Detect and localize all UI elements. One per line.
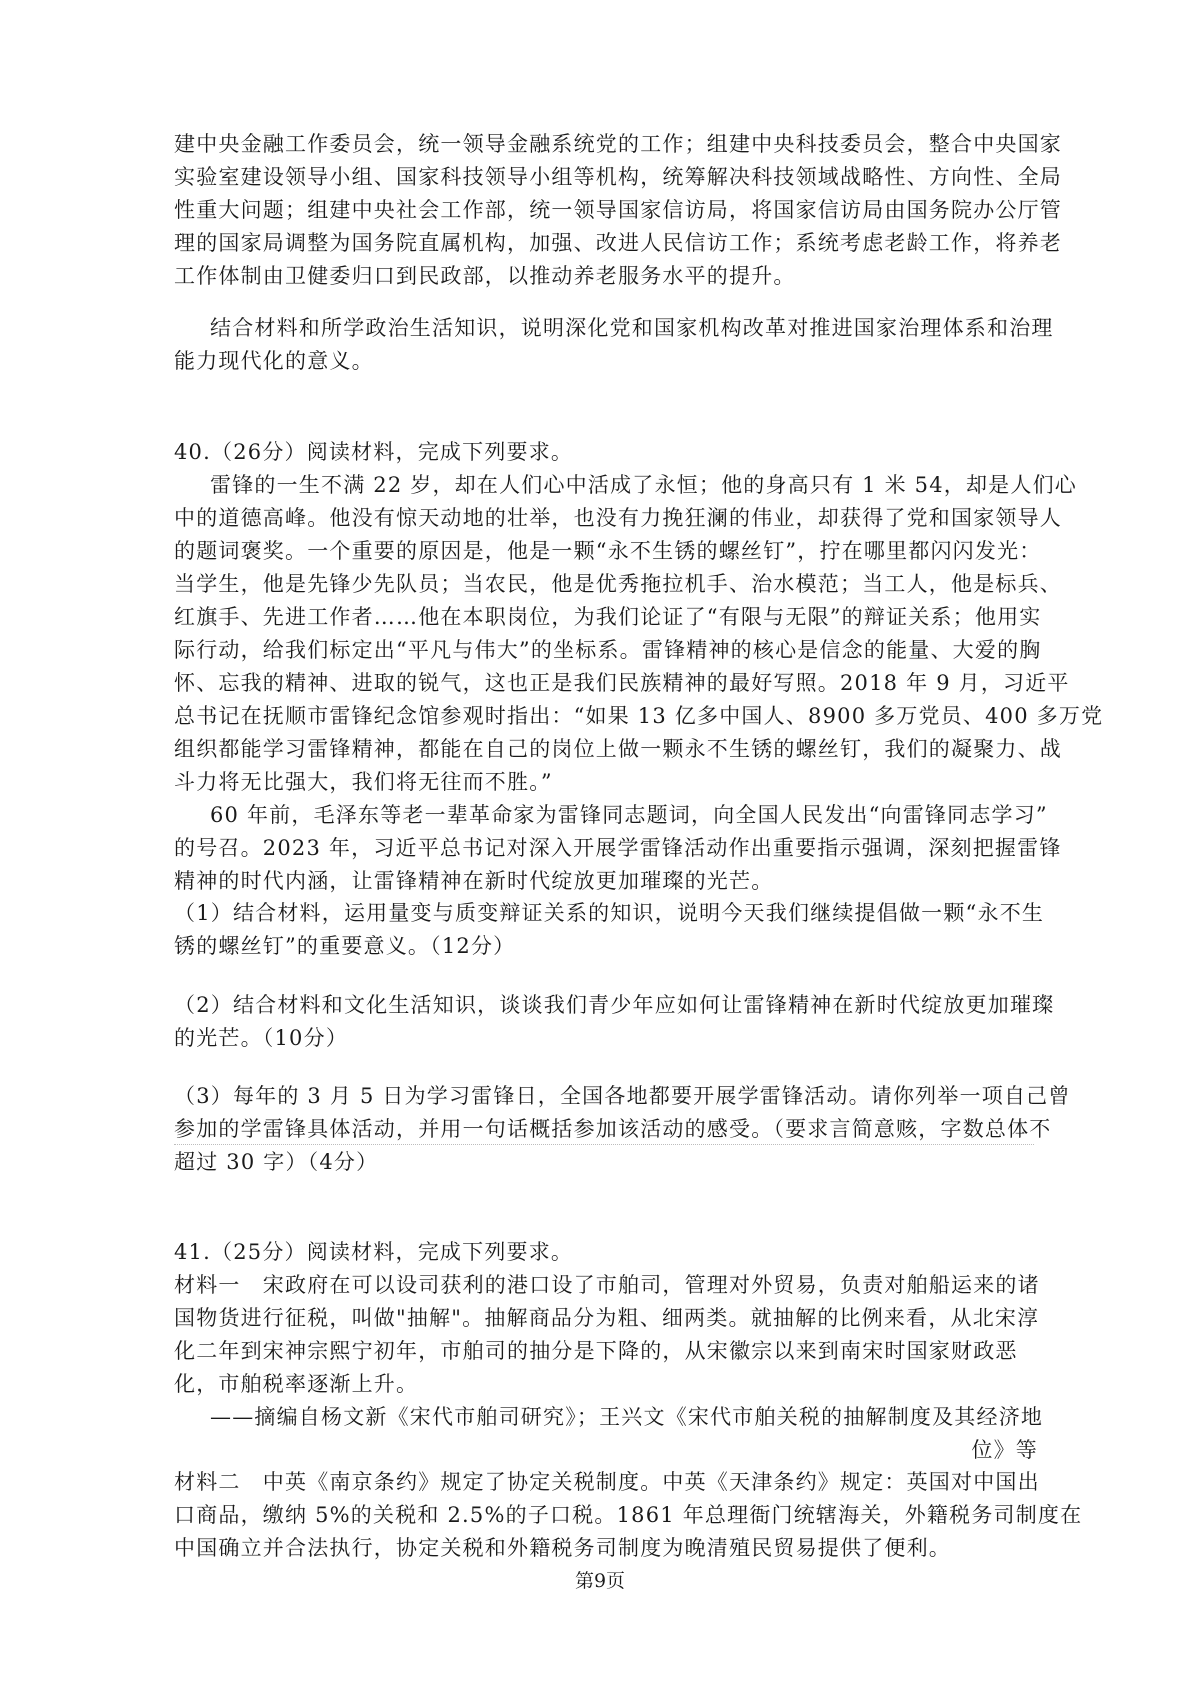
q40-subquestion-1: （1）结合材料，运用量变与质变辩证关系的知识，说明今天我们继续提倡做一颗“永不生 (174, 898, 1034, 928)
material-line: 工作体制由卫健委归口到民政部，以推动养老服务水平的提升。 (174, 261, 1034, 291)
material-line: 建中央金融工作委员会，统一领导金融系统党的工作；组建中央科技委员会，整合中央国家 (174, 129, 1034, 159)
q40-subquestion-2: 的光芒。（10分） (174, 1023, 1034, 1053)
question-prompt-line: 结合材料和所学政治生活知识，说明深化党和国家机构改革对推进国家治理体系和治理 (210, 313, 1070, 343)
q40-material-line: 斗力将无比强大，我们将无往而不胜。” (174, 767, 1034, 797)
q40-material-line: 当学生，他是先锋少先队员；当农民，他是优秀拖拉机手、治水模范；当工人，他是标兵、 (174, 569, 1034, 599)
q41-material-two-line: 口商品，缴纳 5%的关税和 2.5%的子口税。1861 年总理衙门统辖海关，外籍… (174, 1500, 1034, 1530)
q40-subquestion-3: （3）每年的 3 月 5 日为学习雷锋日，全国各地都要开展学雷锋活动。请你列举一… (174, 1081, 1034, 1111)
q40-material-line: 红旗手、先进工作者……他在本职岗位，为我们论证了“有限与无限”的辩证关系；他用实 (174, 602, 1034, 632)
exam-page: 建中央金融工作委员会，统一领导金融系统党的工作；组建中央科技委员会，整合中央国家… (0, 0, 1200, 1698)
q40-material-line: 雷锋的一生不满 22 岁，却在人们心中活成了永恒；他的身高只有 1 米 54，却… (210, 470, 1070, 500)
question-40-heading: 40.（26分）阅读材料，完成下列要求。 (174, 437, 1034, 467)
material-line: 性重大问题；组建中央社会工作部，统一领导国家信访局，将国家信访局由国务院办公厅管 (174, 195, 1034, 225)
material-line: 理的国家局调整为国务院直属机构，加强、改进人民信访工作；系统考虑老龄工作，将养老 (174, 228, 1034, 258)
q41-material-one-line: 材料一 宋政府在可以设司获利的港口设了市舶司，管理对外贸易，负责对舶船运来的诸 (174, 1270, 1034, 1300)
q41-material-one-line: 化二年到宋神宗熙宁初年，市舶司的抽分是下降的，从宋徽宗以来到南宋时国家财政恶 (174, 1336, 1034, 1366)
material-line: 实验室建设领导小组、国家科技领导小组等机构，统筹解决科技领域战略性、方向性、全局 (174, 162, 1034, 192)
q41-material-one-line: 国物货进行征税，叫做"抽解"。抽解商品分为粗、细两类。就抽解的比例来看，从北宋淳 (174, 1303, 1034, 1333)
q40-subquestion-2: （2）结合材料和文化生活知识，谈谈我们青少年应如何让雷锋精神在新时代绽放更加璀璨 (174, 990, 1034, 1020)
question-41-heading: 41.（25分）阅读材料，完成下列要求。 (174, 1237, 1034, 1267)
q40-subquestion-3: 超过 30 字）（4分） (174, 1147, 1034, 1177)
q40-material-line: 组织都能学习雷锋精神，都能在自己的岗位上做一颗永不生锈的螺丝钉，我们的凝聚力、战 (174, 734, 1034, 764)
q40-material-line: 的号召。2023 年，习近平总书记对深入开展学雷锋活动作出重要指示强调，深刻把握… (174, 833, 1034, 863)
q40-subquestion-1: 锈的螺丝钉”的重要意义。（12分） (174, 931, 1034, 961)
question-prompt-line: 能力现代化的意义。 (174, 346, 1034, 376)
q40-material-line: 总书记在抚顺市雷锋纪念馆参观时指出：“如果 13 亿多中国人、8900 多万党员… (174, 701, 1034, 731)
q40-material-line: 60 年前，毛泽东等老一辈革命家为雷锋同志题词，向全国人民发出“向雷锋同志学习” (210, 800, 1070, 830)
q41-material-one-line: 化，市舶税率逐渐上升。 (174, 1369, 1034, 1399)
q41-material-one-source: ——摘编自杨文新《宋代市舶司研究》；王兴文《宋代市舶关税的抽解制度及其经济地 (210, 1402, 1070, 1432)
q40-material-line: 怀、忘我的精神、进取的锐气，这也正是我们民族精神的最好写照。2018 年 9 月… (174, 668, 1034, 698)
q41-material-two-line: 中国确立并合法执行，协定关税和外籍税务司制度为晚清殖民贸易提供了便利。 (174, 1533, 1034, 1563)
q40-material-line: 的题词褒奖。一个重要的原因是，他是一颗“永不生锈的螺丝钉”，拧在哪里都闪闪发光： (174, 536, 1034, 566)
page-number: 第9页 (0, 1568, 1200, 1594)
q40-material-line: 精神的时代内涵，让雷锋精神在新时代绽放更加璀璨的光芒。 (174, 866, 1034, 896)
q40-subquestion-3: 参加的学雷锋具体活动，并用一句话概括参加该活动的感受。（要求言简意赅，字数总体不 (174, 1114, 1034, 1145)
q41-material-one-source-end: 位》等 (971, 1435, 1038, 1465)
q41-material-two-line: 材料二 中英《南京条约》规定了协定关税制度。中英《天津条约》规定：英国对中国出 (174, 1467, 1034, 1497)
q40-material-line: 际行动，给我们标定出“平凡与伟大”的坐标系。雷锋精神的核心是信念的能量、大爱的胸 (174, 635, 1034, 665)
q40-material-line: 中的道德高峰。他没有惊天动地的壮举，也没有力挽狂澜的伟业，却获得了党和国家领导人 (174, 503, 1034, 533)
